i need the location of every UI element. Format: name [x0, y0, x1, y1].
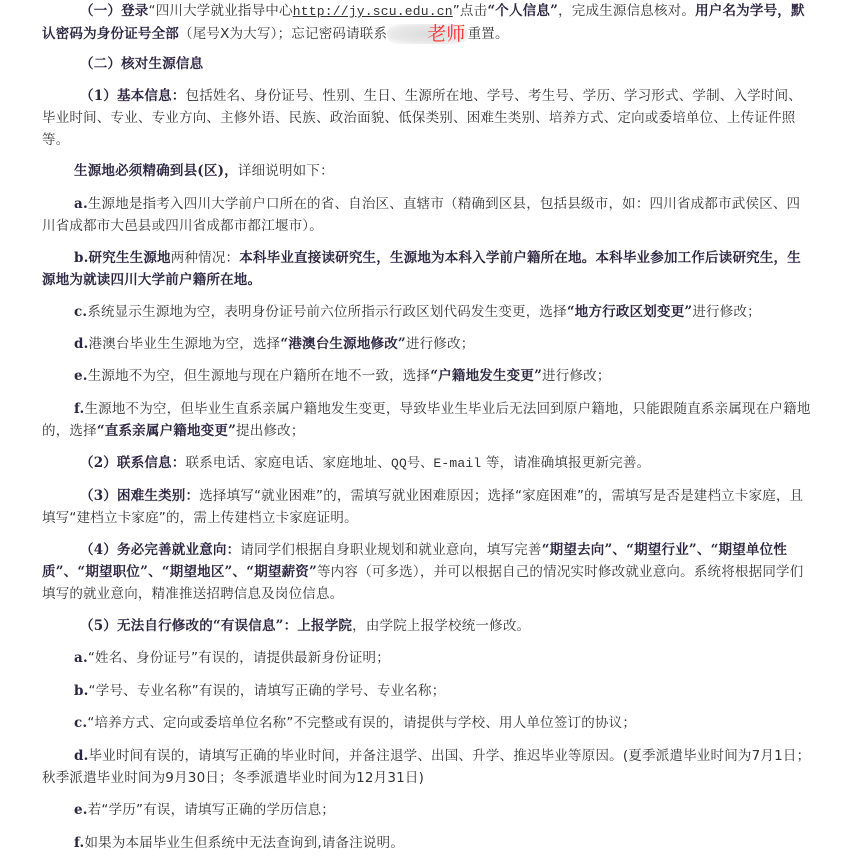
errors-paragraph: （5）无法自行修改的“有误信息”：上报学院，由学院上报学校统一修改。 [42, 615, 812, 637]
error-item-e: e.若“学历”有误，请填写正确的学历信息； [42, 799, 812, 821]
item-bold: “地方行政区划变更” [567, 304, 693, 320]
item-text: “培养方式、定向或委培单位名称”不完整或有误的，请提供与学校、用人单位签订的协议… [87, 715, 636, 731]
origin-lead: 生源地必须精确到县(区)，详细说明如下： [42, 160, 812, 182]
item-text: 系统显示生源地为空，表明身份证号前六位所指示行政区划代码发生变更，选择 [87, 304, 567, 320]
origin-item-e: e.生源地不为空，但生源地与现在户籍所在地不一致，选择“户籍地发生变更”进行修改… [42, 365, 812, 387]
item-mark: d. [74, 336, 89, 352]
site-name: “四川大学就业指导中心 [149, 3, 293, 19]
item-text: 生源地是指考入四川大学前户口所在的省、自治区、直辖市（精确到区县，包括县级市，如… [42, 196, 800, 234]
item-mark: a. [74, 650, 88, 666]
item-bold: “户籍地发生变更” [430, 368, 542, 384]
origin-item-f: f.生源地不为空，但毕业生直系亲属户籍地发生变更，导致毕业生毕业后无法回到原户籍… [42, 398, 812, 442]
click-text: ”点击 [453, 3, 488, 19]
item-text: 毕业时间有误的，请填写正确的毕业时间，并备注退学、出国、升学、推迟毕业等原因。(… [42, 748, 810, 786]
item-text: 两种情况： [171, 250, 240, 266]
item-text: “姓名、身份证号”有误的，请提供最新身份证明； [88, 650, 390, 666]
origin-lead-text: 详细说明如下： [238, 163, 334, 179]
intention-label: （4）务必完善就业意向： [80, 542, 240, 558]
teacher-badge: 老师 [387, 24, 467, 44]
errors-text: ，由学院上报学校统一修改。 [352, 618, 530, 634]
basic-info-paragraph: （1）基本信息：包括姓名、身份证号、性别、生日、生源所在地、学号、考生号、学历、… [42, 85, 812, 151]
error-item-a: a.“姓名、身份证号”有误的，请提供最新身份证明； [42, 647, 812, 669]
item-mark: d. [74, 748, 89, 764]
error-item-c: c.“培养方式、定向或委培单位名称”不完整或有误的，请提供与学校、用人单位签订的… [42, 712, 812, 734]
item-mark: b. [74, 683, 89, 699]
item-text: 港澳台毕业生生源地为空，选择 [89, 336, 281, 352]
login-paragraph: （一）登录“四川大学就业指导中心http://jy.scu.edu.cn”点击“… [42, 0, 812, 45]
item-mark: b. [74, 250, 89, 266]
contact-tail: 等，请准确填报更新完善。 [481, 455, 650, 471]
intention-paragraph: （4）务必完善就业意向：请同学们根据自身职业规划和就业意向，填写完善“期望去向”… [42, 539, 812, 605]
contact-text: 联系电话、家庭电话、家庭地址、 [186, 455, 392, 471]
login-heading: （一）登录 [80, 3, 149, 19]
personal-info-action: “个人信息” [487, 3, 558, 19]
errors-label: （5）无法自行修改的“有误信息”：上报学院 [80, 618, 352, 634]
reset-text: 重置。 [468, 26, 509, 42]
origin-bold-lead: 生源地必须精确到县(区)， [74, 163, 238, 179]
verify-text: ，完成生源信息核对。 [558, 3, 695, 19]
item-bold: “直系亲属户籍地变更” [97, 423, 236, 439]
item-mark: c. [74, 304, 87, 320]
error-item-d: d.毕业时间有误的，请填写正确的毕业时间，并备注退学、出国、升学、推迟毕业等原因… [42, 745, 812, 789]
password-note: （尾号X为大写）；忘记密码请联系 [179, 26, 387, 42]
error-item-b: b.“学号、专业名称”有误的，请填写正确的学号、专业名称； [42, 680, 812, 702]
item-tail: 进行修改； [692, 304, 761, 320]
basic-info-label: （1）基本信息： [80, 88, 186, 104]
item-text: 如果为本届毕业生但系统中无法查询到,请备注说明。 [84, 835, 404, 851]
intention-text: 请同学们根据自身职业规划和就业意向，填写完善 [240, 542, 541, 558]
item-mark: f. [74, 401, 84, 417]
contact-paragraph: （2）联系信息：联系电话、家庭电话、家庭地址、QQ号、E-mail 等，请准确填… [42, 452, 812, 475]
item-tail: 进行修改； [406, 336, 475, 352]
item-mark: e. [74, 368, 88, 384]
item-text: 若“学历”有误，请填写正确的学历信息； [88, 802, 335, 818]
site-url-link[interactable]: http://jy.scu.edu.cn [293, 4, 453, 19]
item-mark: f. [74, 835, 84, 851]
origin-item-a: a.生源地是指考入四川大学前户口所在的省、自治区、直辖市（精确到区县，包括县级市… [42, 193, 812, 237]
item-tail: 进行修改； [542, 368, 611, 384]
item-text: 生源地不为空，但生源地与现在户籍所在地不一致，选择 [88, 368, 431, 384]
origin-item-c: c.系统显示生源地为空，表明身份证号前六位所指示行政区划代码发生变更，选择“地方… [42, 301, 812, 323]
hardship-label: （3）困难生类别： [80, 488, 199, 504]
item-bold: “港澳台生源地修改” [280, 336, 406, 352]
error-item-f: f.如果为本届毕业生但系统中无法查询到,请备注说明。 [42, 832, 812, 854]
origin-item-b: b.研究生生源地两种情况：本科毕业直接读研究生，生源地为本科入学前户籍所在地。本… [42, 247, 812, 291]
origin-item-d: d.港澳台毕业生生源地为空，选择“港澳台生源地修改”进行修改； [42, 333, 812, 355]
contact-label: （2）联系信息： [80, 455, 186, 471]
contact-mono: QQ号、E-mail [391, 456, 481, 471]
item-text: “学号、专业名称”有误的，请填写正确的学号、专业名称； [89, 683, 446, 699]
hardship-paragraph: （3）困难生类别：选择填写“就业困难”的，需填写就业困难原因；选择“家庭困难”的… [42, 485, 812, 529]
verify-heading: （二）核对生源信息 [42, 53, 812, 75]
item-mark: c. [74, 715, 87, 731]
item-tail: 提出修改； [236, 423, 305, 439]
item-mark: e. [74, 802, 88, 818]
item-mark: a. [74, 196, 88, 212]
item-bold: 研究生生源地 [89, 250, 171, 266]
